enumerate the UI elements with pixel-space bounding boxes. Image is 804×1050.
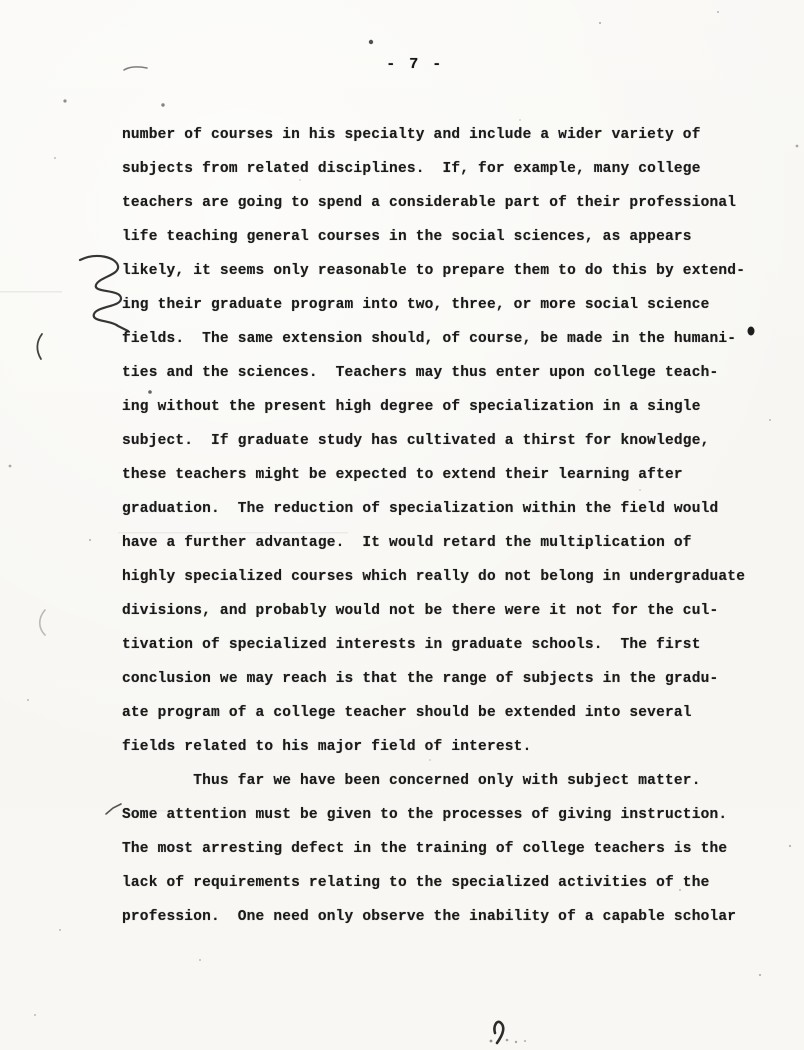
text-line: life teaching general courses in the soc… xyxy=(122,220,772,254)
text-line: teachers are going to spend a considerab… xyxy=(122,186,772,220)
parenthesis-mark-icon xyxy=(37,334,42,359)
handwritten-squiggle-icon xyxy=(80,256,128,331)
text-line: lack of requirements relating to the spe… xyxy=(122,866,772,900)
text-line: have a further advantage. It would retar… xyxy=(122,526,772,560)
text-line: The most arresting defect in the trainin… xyxy=(122,832,772,866)
parenthesis-mark-icon xyxy=(40,610,45,635)
page-number: - 7 - xyxy=(26,56,804,73)
text-line: ing their graduate program into two, thr… xyxy=(122,288,772,322)
text-line: subject. If graduate study has cultivate… xyxy=(122,424,772,458)
text-line: number of courses in his specialty and i… xyxy=(122,118,772,152)
text-line: fields. The same extension should, of co… xyxy=(122,322,772,356)
ink-smudge-icon xyxy=(490,1022,527,1043)
text-line: highly specialized courses which really … xyxy=(122,560,772,594)
text-line: Thus far we have been concerned only wit… xyxy=(122,764,772,798)
text-line: likely, it seems only reasonable to prep… xyxy=(122,254,772,288)
text-line: ate program of a college teacher should … xyxy=(122,696,772,730)
text-line: tivation of specialized interests in gra… xyxy=(122,628,772,662)
text-line: ties and the sciences. Teachers may thus… xyxy=(122,356,772,390)
check-tick-icon xyxy=(106,804,121,814)
scanned-document-page: - 7 - number of courses in his specialty… xyxy=(0,0,804,1050)
text-line: Some attention must be given to the proc… xyxy=(122,798,772,832)
text-line: graduation. The reduction of specializat… xyxy=(122,492,772,526)
text-line: ing without the present high degree of s… xyxy=(122,390,772,424)
text-line: these teachers might be expected to exte… xyxy=(122,458,772,492)
text-line: fields related to his major field of int… xyxy=(122,730,772,764)
text-line: divisions, and probably would not be the… xyxy=(122,594,772,628)
text-line: conclusion we may reach is that the rang… xyxy=(122,662,772,696)
text-line: subjects from related disciplines. If, f… xyxy=(122,152,772,186)
text-line: profession. One need only observe the in… xyxy=(122,900,772,934)
document-body: number of courses in his specialty and i… xyxy=(122,118,772,934)
